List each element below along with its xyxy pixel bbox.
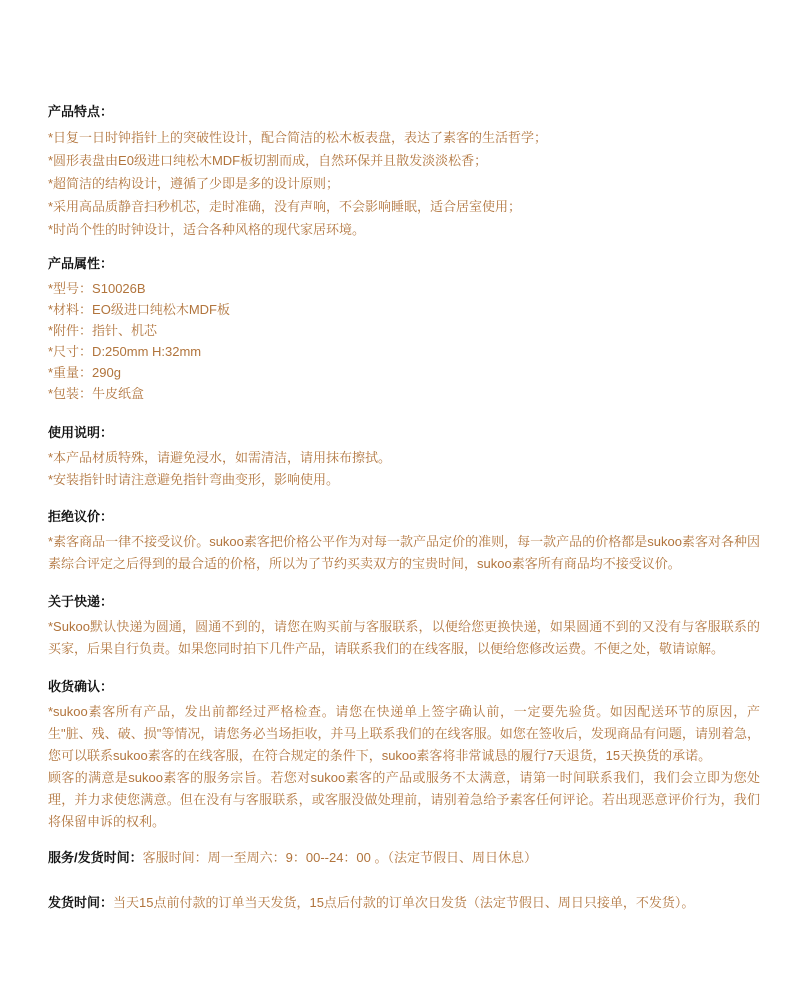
attribute-model: *型号：S10026B xyxy=(48,278,760,299)
attribute-packaging: *包装：牛皮纸盒 xyxy=(48,383,760,404)
service-time-text: 客服时间：周一至周六：9：00--24：00 。（法定节假日、周日休息） xyxy=(143,850,537,865)
feature-line: *日复一日时钟指针上的突破性设计，配合简洁的松木板表盘，表达了素客的生活哲学； xyxy=(48,126,760,149)
section-product-attributes: 产品属性： *型号：S10026B *材料：EO级进口纯松木MDF板 *附件：指… xyxy=(48,253,760,404)
section-title-no-bargaining: 拒绝议价： xyxy=(48,506,760,528)
receipt-confirmation-paragraph: *sukoo素客所有产品，发出前都经过严格检查。请您在快递单上签字确认前，一定要… xyxy=(48,701,760,767)
section-title-product-features: 产品特点： xyxy=(48,101,760,123)
service-time-row: 服务/发货时间：客服时间：周一至周六：9：00--24：00 。（法定节假日、周… xyxy=(48,847,760,869)
attribute-size: *尺寸：D:250mm H:32mm xyxy=(48,341,760,362)
section-usage-instructions: 使用说明： *本产品材质特殊，请避免浸水，如需清洁，请用抹布擦拭。 *安装指针时… xyxy=(48,422,760,491)
attribute-material: *材料：EO级进口纯松木MDF板 xyxy=(48,299,760,320)
section-title-product-attributes: 产品属性： xyxy=(48,253,760,275)
attribute-weight: *重量：290g xyxy=(48,362,760,383)
section-shipping-courier: 关于快递： *Sukoo默认快递为圆通，圆通不到的，请您在购买前与客服联系，以便… xyxy=(48,591,760,660)
section-no-bargaining: 拒绝议价： *素客商品一律不接受议价。sukoo素客把价格公平作为对每一款产品定… xyxy=(48,506,760,575)
dispatch-time-label: 发货时间： xyxy=(48,895,113,910)
usage-line: *安装指针时请注意避免指针弯曲变形，影响使用。 xyxy=(48,469,760,491)
dispatch-time-text: 当天15点前付款的订单当天发货，15点后付款的订单次日发货（法定节假日、周日只接… xyxy=(113,895,694,910)
dispatch-time-row: 发货时间：当天15点前付款的订单当天发货，15点后付款的订单次日发货（法定节假日… xyxy=(48,892,760,914)
section-product-features: 产品特点： *日复一日时钟指针上的突破性设计，配合简洁的松木板表盘，表达了素客的… xyxy=(48,101,760,241)
service-time-label: 服务/发货时间： xyxy=(48,850,143,865)
usage-line: *本产品材质特殊，请避免浸水，如需清洁，请用抹布擦拭。 xyxy=(48,447,760,469)
section-title-usage-instructions: 使用说明： xyxy=(48,422,760,444)
feature-line: *超简洁的结构设计，遵循了少即是多的设计原则； xyxy=(48,172,760,195)
feature-line: *圆形表盘由E0级进口纯松木MDF板切割而成，自然环保并且散发淡淡松香； xyxy=(48,149,760,172)
attribute-accessories: *附件：指针、机芯 xyxy=(48,320,760,341)
feature-line: *采用高品质静音扫秒机芯，走时准确，没有声响，不会影响睡眠，适合居室使用； xyxy=(48,195,760,218)
receipt-confirmation-paragraph: 顾客的满意是sukoo素客的服务宗旨。若您对sukoo素客的产品或服务不太满意，… xyxy=(48,767,760,833)
section-receipt-confirmation: 收货确认： *sukoo素客所有产品，发出前都经过严格检查。请您在快递单上签字确… xyxy=(48,676,760,833)
feature-line: *时尚个性的时钟设计，适合各种风格的现代家居环境。 xyxy=(48,218,760,241)
product-description-page: 产品特点： *日复一日时钟指针上的突破性设计，配合简洁的松木板表盘，表达了素客的… xyxy=(48,101,760,914)
section-title-shipping-courier: 关于快递： xyxy=(48,591,760,613)
shipping-courier-paragraph: *Sukoo默认快递为圆通，圆通不到的，请您在购买前与客服联系，以便给您更换快递… xyxy=(48,616,760,660)
no-bargaining-paragraph: *素客商品一律不接受议价。sukoo素客把价格公平作为对每一款产品定价的准则，每… xyxy=(48,531,760,575)
section-title-receipt-confirmation: 收货确认： xyxy=(48,676,760,698)
